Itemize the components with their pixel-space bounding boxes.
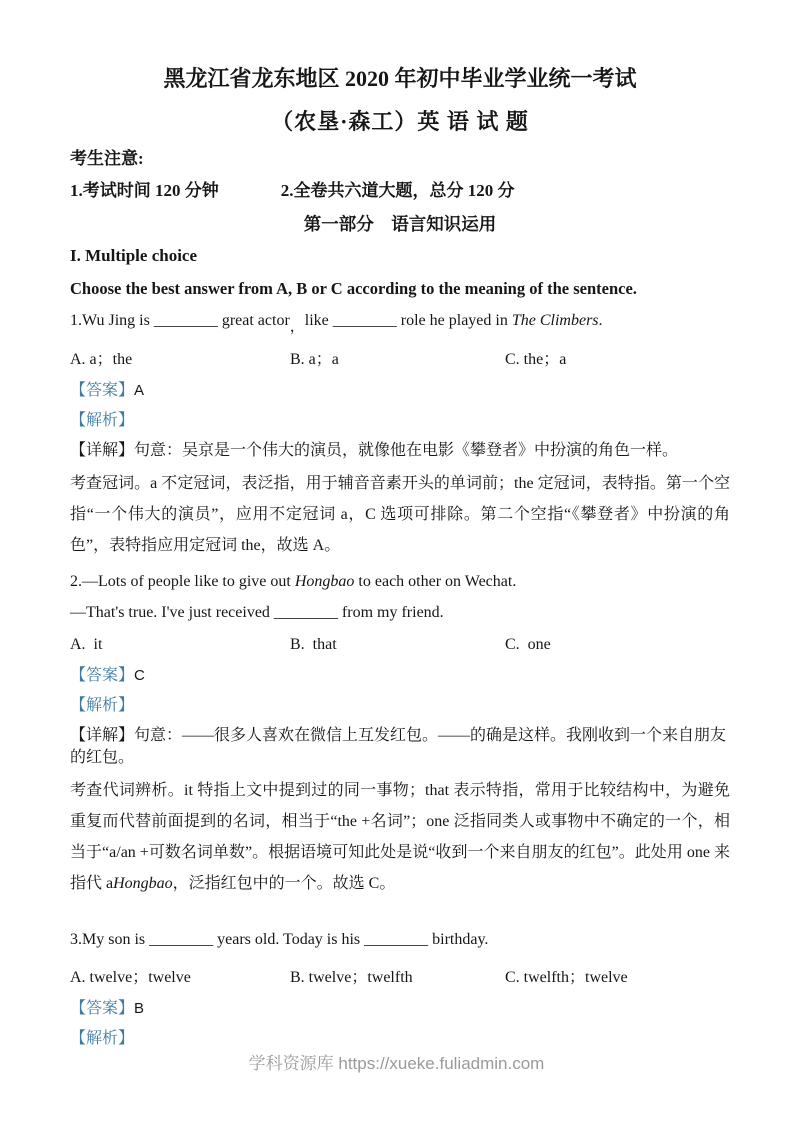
answer-label: 【答案】 xyxy=(70,1000,134,1017)
part-one-heading: 第一部分 语言知识运用 xyxy=(70,213,730,236)
q1-blank-1: ________ xyxy=(154,312,218,329)
q2-detail-hongbao-italic: Hongbao xyxy=(113,875,173,892)
q1-movie-title: The Climbers xyxy=(512,312,599,329)
q2-option-a: A. it xyxy=(70,634,290,656)
detail-label: 【详解】 xyxy=(70,727,134,744)
analysis-label: 【解析】 xyxy=(70,412,134,429)
q1-stem-text: like xyxy=(305,312,333,329)
q1-detail-body: 考查冠词。a 不定冠词，表泛指，用于辅音音素开头的单词前；the 定冠词，表特指… xyxy=(70,468,730,561)
q1-stem-text: . xyxy=(599,312,603,329)
answer-label: 【答案】 xyxy=(70,382,134,399)
section-instruction: Choose the best answer from A, B or C ac… xyxy=(70,278,730,300)
q1-stem-text: role he played in xyxy=(397,312,512,329)
q1-answer-letter: A xyxy=(134,382,144,399)
q2-option-b: B. that xyxy=(290,634,505,656)
q1-comma: ， xyxy=(290,319,305,335)
q2-detail-sentence: 句意：——很多人喜欢在微信上互发红包。——的确是这样。我刚收到一个来自朋友的红包… xyxy=(70,727,726,766)
q1-detail-sentence: 句意：吴京是一个伟大的演员，就像他在电影《攀登者》中扮演的角色一样。 xyxy=(134,442,678,459)
exam-title-line1: 黑龙江省龙东地区 2020 年初中毕业学业统一考试 xyxy=(70,64,730,94)
watermark-footer: 学科资源库 https://xueke.fuliadmin.com xyxy=(0,1052,793,1076)
q1-analysis-line: 【解析】 xyxy=(70,410,730,432)
question-3-stem: 3.My son is ________ years old. Today is… xyxy=(70,929,730,951)
q2-hongbao-italic: Hongbao xyxy=(295,573,355,590)
exam-title-line2: （农垦·森工）英 语 试 题 xyxy=(70,107,730,137)
q3-option-a: A. twelve；twelve xyxy=(70,967,290,989)
exam-document-page: 黑龙江省龙东地区 2020 年初中毕业学业统一考试 （农垦·森工）英 语 试 题… xyxy=(0,0,793,1122)
q1-option-c: C. the；a xyxy=(505,349,730,371)
q2-detail-line: 【详解】句意：——很多人喜欢在微信上互发红包。——的确是这样。我刚收到一个来自朋… xyxy=(70,725,730,769)
q2-answer-line: 【答案】C xyxy=(70,665,730,687)
section-heading-multiple-choice: I. Multiple choice xyxy=(70,245,730,267)
q1-stem-text: 1.Wu Jing is xyxy=(70,312,154,329)
question-1-options: A. a；the B. a；a C. the；a xyxy=(70,349,730,371)
document-content: 黑龙江省龙东地区 2020 年初中毕业学业统一考试 （农垦·森工）英 语 试 题… xyxy=(0,0,793,1050)
q3-answer-letter: B xyxy=(134,1000,144,1017)
q1-option-a: A. a；the xyxy=(70,349,290,371)
q1-stem-text: great actor xyxy=(218,312,290,329)
question-2-stem-line2: —That's true. I've just received _______… xyxy=(70,602,730,624)
question-1-stem: 1.Wu Jing is ________ great actor，like _… xyxy=(70,310,730,332)
notice-line: 1.考试时间 120 分钟 2.全卷共六道大题，总分 120 分 xyxy=(70,180,730,202)
analysis-label: 【解析】 xyxy=(70,1030,134,1047)
q2-option-c: C. one xyxy=(505,634,730,656)
q3-analysis-line: 【解析】 xyxy=(70,1028,730,1050)
q2-stem-text: 2.—Lots of people like to give out xyxy=(70,573,295,590)
analysis-label: 【解析】 xyxy=(70,697,134,714)
q3-answer-line: 【答案】B xyxy=(70,998,730,1020)
question-2-stem-line1: 2.—Lots of people like to give out Hongb… xyxy=(70,571,730,593)
question-3-options: A. twelve；twelve B. twelve；twelfth C. tw… xyxy=(70,967,730,989)
q2-answer-letter: C xyxy=(134,667,145,684)
q1-option-b: B. a；a xyxy=(290,349,505,371)
q3-option-c: C. twelfth；twelve xyxy=(505,967,730,989)
detail-label: 【详解】 xyxy=(70,442,134,459)
q1-blank-2: ________ xyxy=(333,312,397,329)
answer-label: 【答案】 xyxy=(70,667,134,684)
notice-item-total-score: 2.全卷共六道大题，总分 120 分 xyxy=(281,180,515,202)
notice-item-exam-time: 1.考试时间 120 分钟 xyxy=(70,180,219,202)
q2-detail-body: 考查代词辨析。it 特指上文中提到过的同一事物；that 表示特指，常用于比较结… xyxy=(70,775,730,899)
q1-detail-line: 【详解】句意：吴京是一个伟大的演员，就像他在电影《攀登者》中扮演的角色一样。 xyxy=(70,440,730,462)
q1-answer-line: 【答案】A xyxy=(70,380,730,402)
q3-option-b: B. twelve；twelfth xyxy=(290,967,505,989)
candidate-notice-heading: 考生注意: xyxy=(70,148,730,170)
q2-stem-text: to each other on Wechat. xyxy=(354,573,516,590)
question-2-options: A. it B. that C. one xyxy=(70,634,730,656)
q2-detail-text: ，泛指红包中的一个。故选 C。 xyxy=(173,875,396,892)
q2-analysis-line: 【解析】 xyxy=(70,695,730,717)
